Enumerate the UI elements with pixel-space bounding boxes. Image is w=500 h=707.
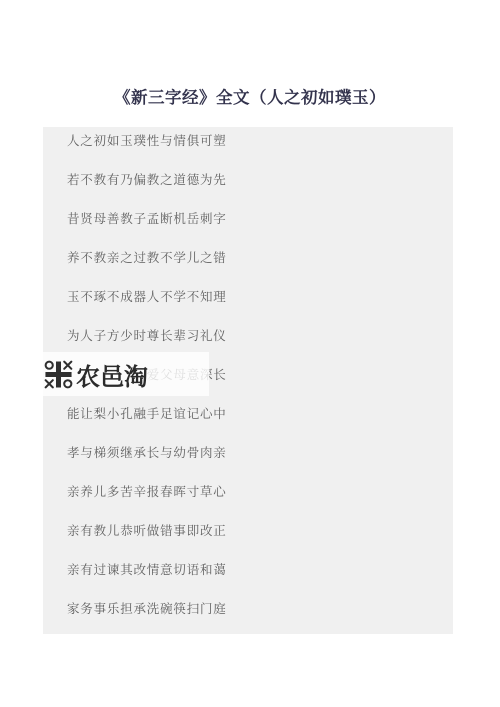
verse-line: 亲养儿多苦辛报春晖寸草心 [67,471,453,510]
circle-x-plus-grid-icon [44,360,73,389]
verse-line: 昔贤母善教子孟断机岳刺字 [67,198,453,237]
verse-line: 家务事乐担承洗碗筷扫门庭 [67,588,453,627]
document-page: 《新三字经》全文（人之初如璞玉） 人之初如玉璞性与情俱可塑 若不教有乃偏教之道德… [0,0,500,707]
verse-line: 人之初如玉璞性与情俱可塑 [67,127,453,159]
verse-line: 为人子方少时尊长辈习礼仪 [67,315,453,354]
verse-line: 孝与梯须继承长与幼骨肉亲 [67,432,453,471]
verse-line: 亲有教儿恭听做错事即改正 [67,510,453,549]
watermark-brand-name: 农邑淘 [76,357,148,392]
verse-line: 养不教亲之过教不学儿之错 [67,237,453,276]
verse-line: 玉不琢不成器人不学不知理 [67,276,453,315]
watermark: 农邑淘 [43,352,209,396]
verse-line: 若不教有乃偏教之道德为先 [67,159,453,198]
page-title: 《新三字经》全文（人之初如璞玉） [0,84,500,108]
verse-line: 亲有过谏其改情意切语和蔼 [67,549,453,588]
verse-line: 能让梨小孔融手足谊记心中 [67,393,453,432]
